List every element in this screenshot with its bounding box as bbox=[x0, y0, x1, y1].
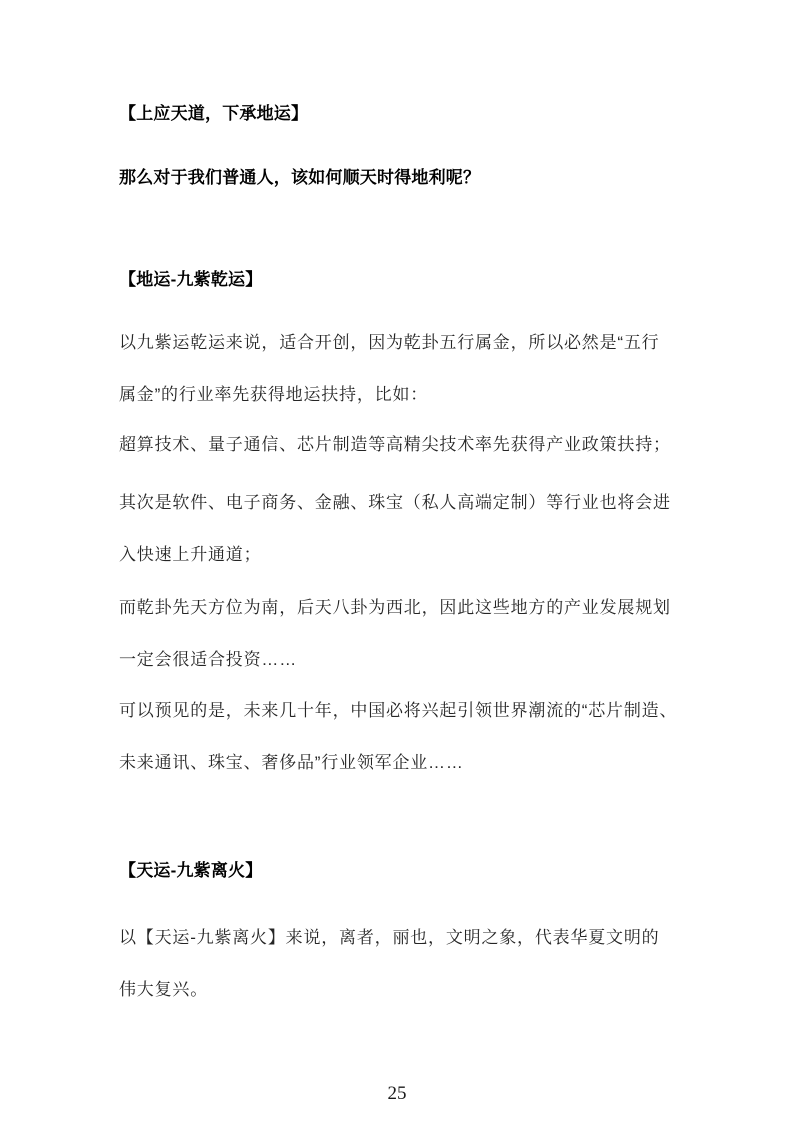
heading-di-yun-jiu-zi-qian-yun: 【地运-九紫乾运】 bbox=[119, 254, 719, 306]
paragraph-qian-yun-intro: 以九紫运乾运来说，适合开创，因为乾卦五行属金，所以必然是“五行 属金”的行业率先… bbox=[119, 317, 719, 421]
paragraph-line: 以九紫运乾运来说，适合开创，因为乾卦五行属金，所以必然是“五行 bbox=[119, 317, 719, 369]
heading-text: 【地运-九紫乾运】 bbox=[119, 254, 719, 306]
paragraph-tech-industries: 超算技术、量子通信、芯片制造等高精尖技术率先获得产业政策扶持； bbox=[119, 419, 719, 471]
paragraph-line: 属金”的行业率先获得地运扶持，比如： bbox=[119, 369, 719, 421]
paragraph-secondary-industries: 其次是软件、电子商务、金融、珠宝（私人高端定制）等行业也将会进 入快速上升通道； bbox=[119, 477, 719, 581]
heading-text: 【上应天道，下承地运】 bbox=[119, 88, 719, 140]
paragraph-line: 入快速上升通道； bbox=[119, 529, 719, 581]
paragraph-line: 可以预见的是，未来几十年，中国必将兴起引领世界潮流的“芯片制造、 bbox=[119, 685, 719, 737]
paragraph-line: 其次是软件、电子商务、金融、珠宝（私人高端定制）等行业也将会进 bbox=[119, 477, 719, 529]
paragraph-li-huo-meaning: 以【天运-九紫离火】来说，离者，丽也，文明之象，代表华夏文明的 伟大复兴。 bbox=[119, 912, 719, 1016]
heading-question: 那么对于我们普通人，该如何顺天时得地利呢？ bbox=[119, 152, 719, 204]
paragraph-line: 以【天运-九紫离火】来说，离者，丽也，文明之象，代表华夏文明的 bbox=[119, 912, 719, 964]
heading-text: 那么对于我们普通人，该如何顺天时得地利呢？ bbox=[119, 152, 719, 204]
paragraph-line: 而乾卦先天方位为南，后天八卦为西北，因此这些地方的产业发展规划 bbox=[119, 582, 719, 634]
paragraph-line: 一定会很适合投资…… bbox=[119, 634, 719, 686]
paragraph-line: 伟大复兴。 bbox=[119, 964, 719, 1016]
paragraph-directions-investment: 而乾卦先天方位为南，后天八卦为西北，因此这些地方的产业发展规划 一定会很适合投资… bbox=[119, 582, 719, 686]
heading-text: 【天运-九紫离火】 bbox=[119, 845, 719, 897]
paragraph-line: 未来通讯、珠宝、奢侈品”行业领军企业…… bbox=[119, 737, 719, 789]
paragraph-line: 超算技术、量子通信、芯片制造等高精尖技术率先获得产业政策扶持； bbox=[119, 419, 719, 471]
heading-shang-ying-tian-dao: 【上应天道，下承地运】 bbox=[119, 88, 719, 140]
page-number: 25 bbox=[0, 1080, 794, 1108]
heading-tian-yun-jiu-zi-li-huo: 【天运-九紫离火】 bbox=[119, 845, 719, 897]
document-page: 【上应天道，下承地运】 那么对于我们普通人，该如何顺天时得地利呢？ 【地运-九紫… bbox=[0, 0, 794, 1122]
paragraph-future-prediction: 可以预见的是，未来几十年，中国必将兴起引领世界潮流的“芯片制造、 未来通讯、珠宝… bbox=[119, 685, 719, 789]
